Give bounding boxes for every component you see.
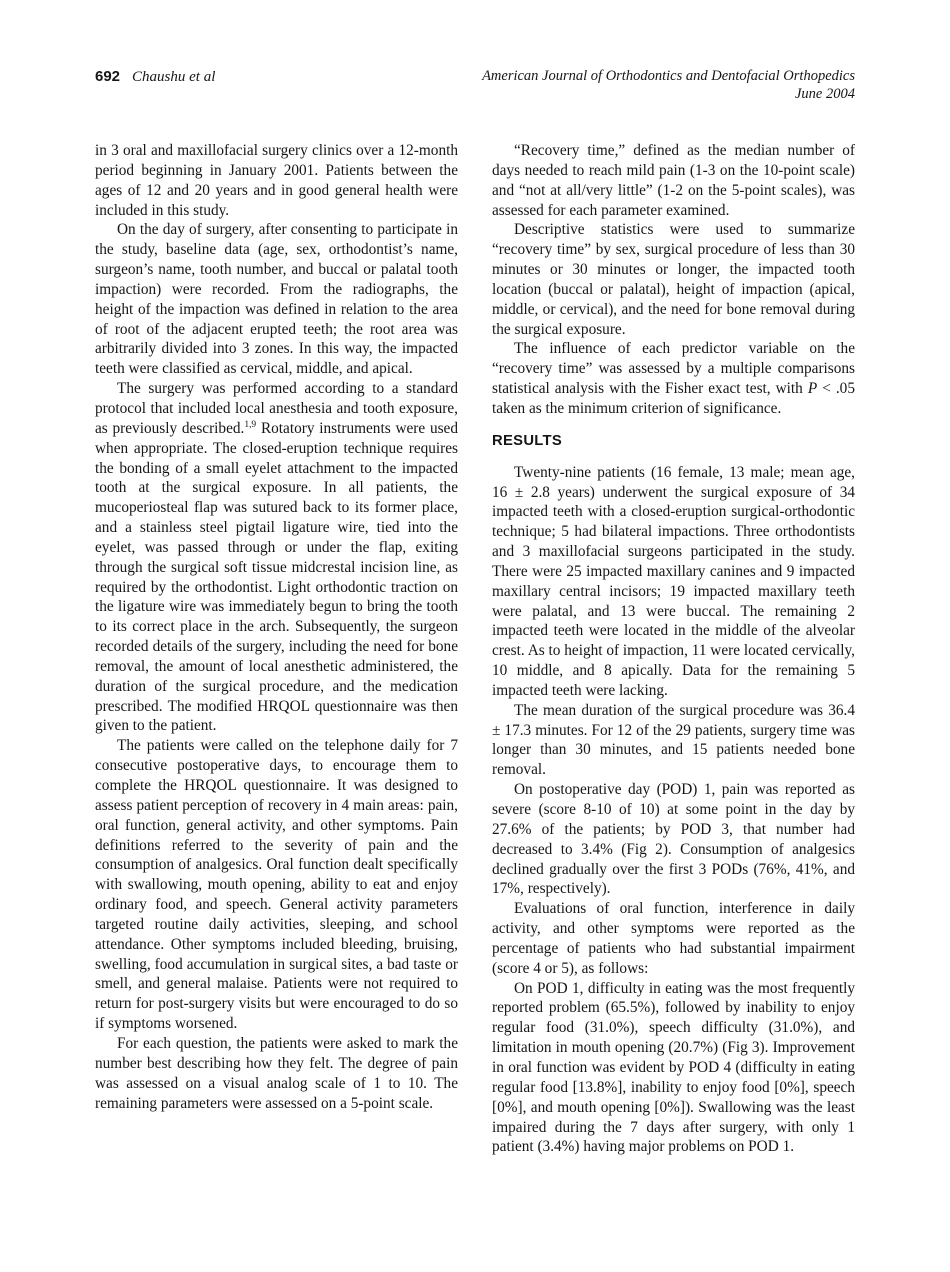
surgery-protocol-text-after-citation: Rotatory instruments were used when appr… — [95, 420, 458, 735]
methods-paragraph-baseline-data: On the day of surgery, after consenting … — [95, 220, 458, 379]
page-number: 692 — [95, 68, 120, 85]
methods-paragraph-continuation: in 3 oral and maxillofacial surgery clin… — [95, 141, 458, 220]
journal-page: 692Chaushu et al American Journal of Ort… — [0, 0, 950, 1272]
issue-date: June 2004 — [482, 86, 855, 104]
right-column: “Recovery time,” defined as the median n… — [492, 141, 855, 1157]
methods-paragraph-questionnaire: The patients were called on the telephon… — [95, 736, 458, 1034]
results-paragraph-surgery-duration: The mean duration of the surgical proced… — [492, 701, 855, 780]
reference-citation-superscript: 1,9 — [244, 420, 256, 430]
results-paragraph-pain: On postoperative day (POD) 1, pain was r… — [492, 780, 855, 899]
methods-paragraph-statistical-analysis: The influence of each predictor variable… — [492, 339, 855, 418]
results-paragraph-oral-function: On POD 1, difficulty in eating was the m… — [492, 979, 855, 1158]
methods-paragraph-scales: For each question, the patients were ask… — [95, 1034, 458, 1113]
running-header-left: 692Chaushu et al — [95, 68, 215, 86]
methods-paragraph-descriptive-statistics: Descriptive statistics were used to summ… — [492, 220, 855, 339]
results-paragraph-patients: Twenty-nine patients (16 female, 13 male… — [492, 463, 855, 701]
methods-paragraph-recovery-time: “Recovery time,” defined as the median n… — [492, 141, 855, 220]
methods-paragraph-surgery-protocol: The surgery was performed according to a… — [95, 379, 458, 736]
statistical-analysis-text-before-pvalue: The influence of each predictor variable… — [492, 340, 855, 397]
left-column: in 3 oral and maxillofacial surgery clin… — [95, 141, 458, 1157]
running-header: 692Chaushu et al American Journal of Ort… — [95, 68, 855, 103]
article-body: in 3 oral and maxillofacial surgery clin… — [95, 141, 855, 1157]
p-value-symbol: P — [808, 380, 817, 397]
running-authors: Chaushu et al — [132, 69, 215, 85]
results-section-heading: RESULTS — [492, 432, 855, 452]
results-paragraph-evaluations: Evaluations of oral function, interferen… — [492, 899, 855, 978]
journal-name: American Journal of Orthodontics and Den… — [482, 68, 855, 86]
running-header-right: American Journal of Orthodontics and Den… — [482, 68, 855, 103]
